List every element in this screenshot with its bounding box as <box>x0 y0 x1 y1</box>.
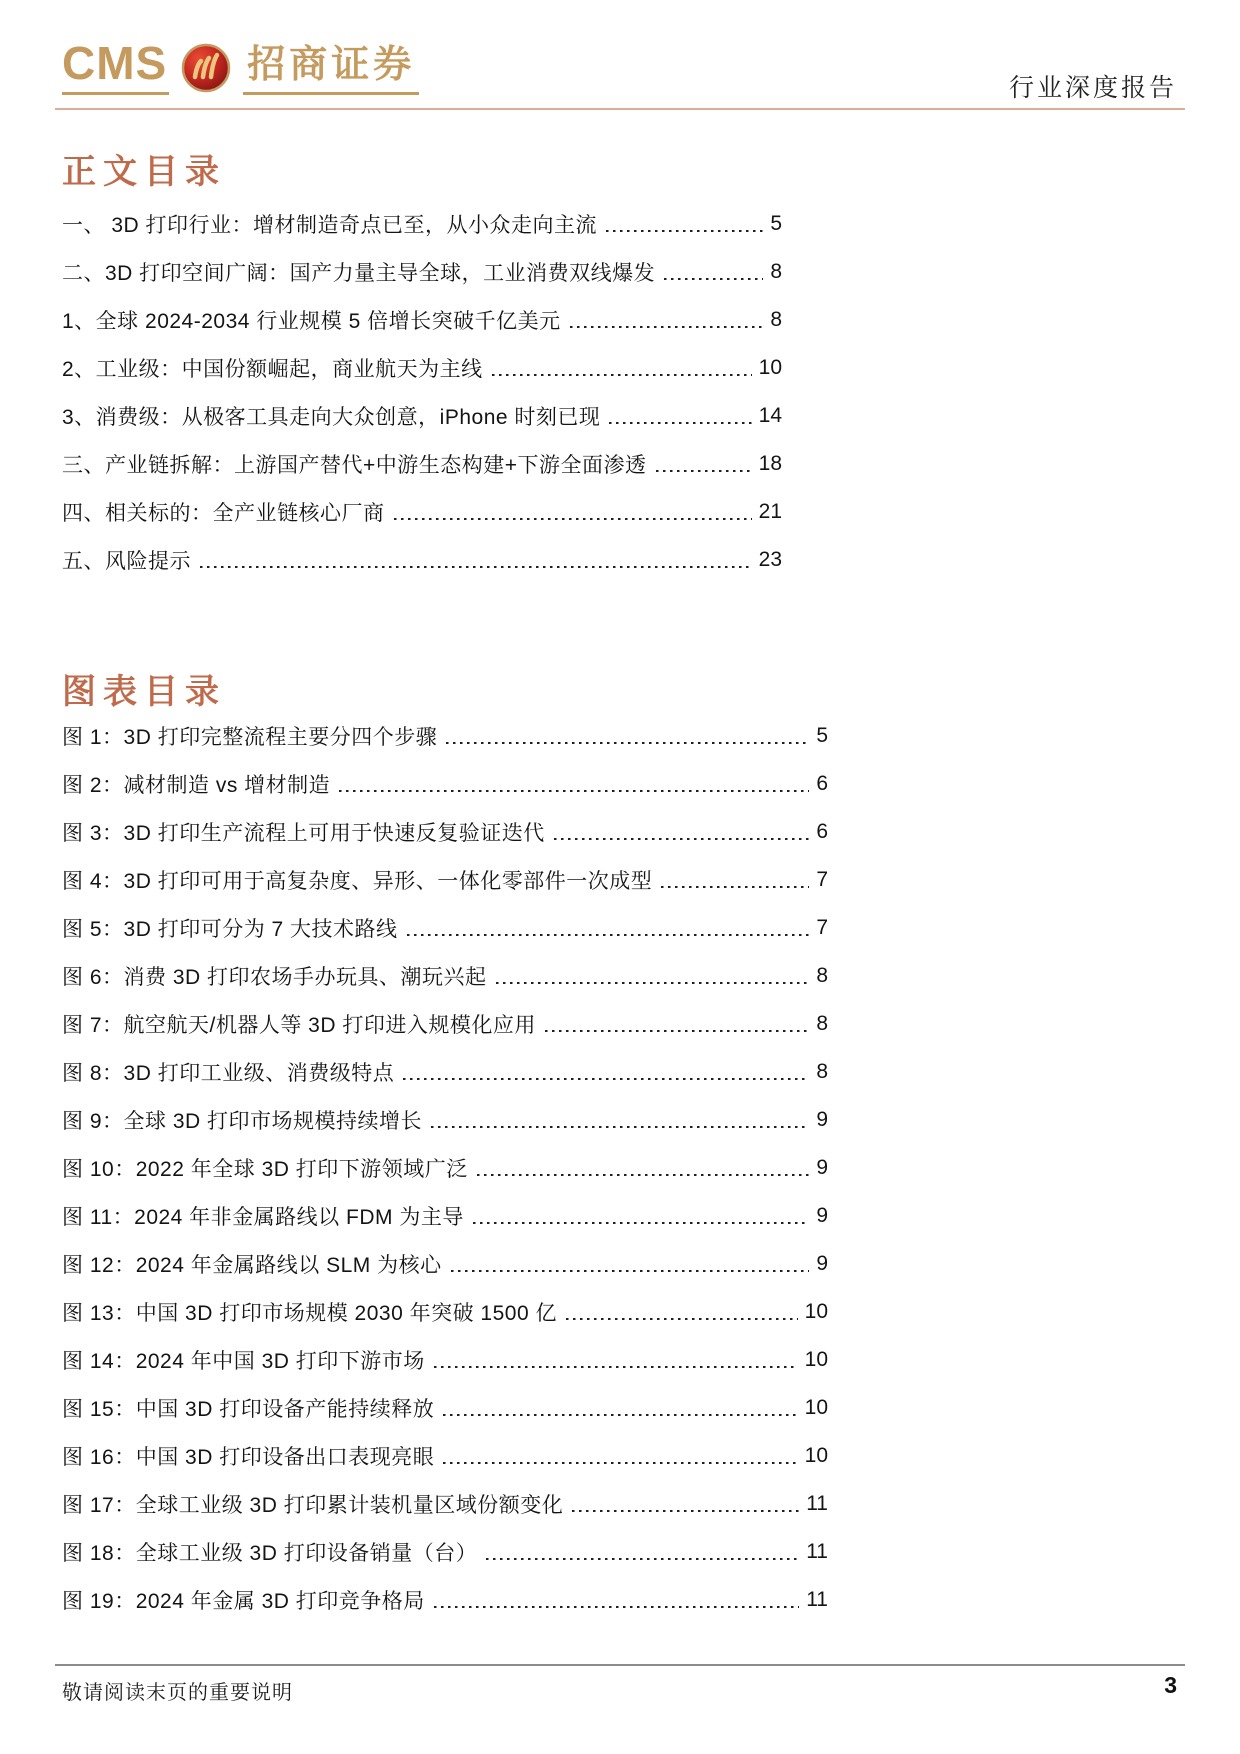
toc-main-list: 一、 3D 打印行业：增材制造奇点已至，从小众走向主流 5 二、3D 打印空间广… <box>62 200 782 584</box>
dot-leader <box>339 790 809 793</box>
toc-page-number: 9 <box>816 1156 828 1180</box>
toc-page-number: 18 <box>759 452 782 476</box>
toc-page-number: 23 <box>759 548 782 572</box>
dot-leader <box>200 566 752 569</box>
toc-entry-label: 五、风险提示 <box>62 545 191 575</box>
toc-entry[interactable]: 二、3D 打印空间广阔：国产力量主导全球，工业消费双线爆发 8 <box>62 248 782 296</box>
dot-leader <box>394 518 752 521</box>
toc-main-title: 正文目录 <box>62 154 226 191</box>
toc-entry[interactable]: 3、消费级：从极客工具走向大众创意，iPhone 时刻已现 14 <box>62 392 782 440</box>
toc-page-number: 9 <box>816 1252 828 1276</box>
toc-page-number: 8 <box>816 1012 828 1036</box>
toc-figures-title: 图表目录 <box>62 674 226 711</box>
toc-entry-label: 图 6：消费 3D 打印农场手办玩具、潮玩兴起 <box>62 961 487 991</box>
toc-entry-label: 四、相关标的：全产业链核心厂商 <box>62 497 385 527</box>
toc-entry[interactable]: 图 19：2024 年金属 3D 打印竞争格局 11 <box>62 1576 828 1624</box>
toc-entry[interactable]: 图 17：全球工业级 3D 打印累计装机量区域份额变化 11 <box>62 1480 828 1528</box>
toc-entry[interactable]: 2、工业级：中国份额崛起，商业航天为主线 10 <box>62 344 782 392</box>
toc-entry-label: 图 2：减材制造 vs 增材制造 <box>62 769 330 799</box>
dot-leader <box>554 838 810 841</box>
toc-entry-label: 图 11：2024 年非金属路线以 FDM 为主导 <box>62 1201 464 1231</box>
dot-leader <box>434 1366 798 1369</box>
toc-entry[interactable]: 五、风险提示 23 <box>62 536 782 584</box>
footer-disclaimer: 敬请阅读末页的重要说明 <box>62 1676 293 1705</box>
toc-page-number: 6 <box>816 772 828 796</box>
report-page: CMS 招商证券 行业深度报告 正文目 <box>0 0 1240 1754</box>
dot-leader <box>609 422 751 425</box>
toc-entry-label: 图 18：全球工业级 3D 打印设备销量（台） <box>62 1537 477 1567</box>
toc-entry[interactable]: 图 4：3D 打印可用于高复杂度、异形、一体化零部件一次成型 7 <box>62 856 828 904</box>
toc-entry[interactable]: 图 6：消费 3D 打印农场手办玩具、潮玩兴起 8 <box>62 952 828 1000</box>
toc-page-number: 10 <box>805 1444 828 1468</box>
toc-entry-label: 图 4：3D 打印可用于高复杂度、异形、一体化零部件一次成型 <box>62 865 652 895</box>
dot-leader <box>443 1462 797 1465</box>
toc-page-number: 7 <box>816 868 828 892</box>
toc-entry-label: 图 19：2024 年金属 3D 打印竞争格局 <box>62 1585 425 1615</box>
toc-entry[interactable]: 图 9：全球 3D 打印市场规模持续增长 9 <box>62 1096 828 1144</box>
toc-entry[interactable]: 图 3：3D 打印生产流程上可用于快速反复验证迭代 6 <box>62 808 828 856</box>
dot-leader <box>451 1270 810 1273</box>
dot-leader <box>486 1558 799 1561</box>
dot-leader <box>570 326 764 329</box>
toc-page-number: 10 <box>805 1300 828 1324</box>
dot-leader <box>431 1126 809 1129</box>
toc-entry[interactable]: 图 16：中国 3D 打印设备出口表现亮眼 10 <box>62 1432 828 1480</box>
dot-leader <box>572 1510 799 1513</box>
dot-leader <box>661 886 809 889</box>
dot-leader <box>477 1174 810 1177</box>
toc-entry-label: 3、消费级：从极客工具走向大众创意，iPhone 时刻已现 <box>62 401 600 431</box>
toc-entry[interactable]: 一、 3D 打印行业：增材制造奇点已至，从小众走向主流 5 <box>62 200 782 248</box>
dot-leader <box>664 278 763 281</box>
toc-entry-label: 图 10：2022 年全球 3D 打印下游领域广泛 <box>62 1153 468 1183</box>
toc-page-number: 9 <box>816 1108 828 1132</box>
cms-logo: CMS 招商证券 <box>62 40 419 95</box>
toc-entry-label: 图 8：3D 打印工业级、消费级特点 <box>62 1057 394 1087</box>
dot-leader <box>496 982 810 985</box>
toc-entry-label: 图 9：全球 3D 打印市场规模持续增长 <box>62 1105 422 1135</box>
toc-entry[interactable]: 图 12：2024 年金属路线以 SLM 为核心 9 <box>62 1240 828 1288</box>
toc-entry-label: 二、3D 打印空间广阔：国产力量主导全球，工业消费双线爆发 <box>62 257 655 287</box>
footer-divider <box>55 1664 1185 1666</box>
header-divider <box>55 108 1185 110</box>
toc-entry[interactable]: 图 7：航空航天/机器人等 3D 打印进入规模化应用 8 <box>62 1000 828 1048</box>
toc-entry[interactable]: 图 2：减材制造 vs 增材制造 6 <box>62 760 828 808</box>
report-type-label: 行业深度报告 <box>1009 68 1177 104</box>
toc-page-number: 8 <box>816 1060 828 1084</box>
toc-page-number: 8 <box>770 260 782 284</box>
dot-leader <box>443 1414 797 1417</box>
dot-leader <box>656 470 752 473</box>
toc-entry[interactable]: 图 11：2024 年非金属路线以 FDM 为主导 9 <box>62 1192 828 1240</box>
toc-entry-label: 一、 3D 打印行业：增材制造奇点已至，从小众走向主流 <box>62 209 597 239</box>
toc-entry[interactable]: 1、全球 2024-2034 行业规模 5 倍增长突破千亿美元 8 <box>62 296 782 344</box>
toc-page-number: 5 <box>770 212 782 236</box>
toc-entry-label: 图 14：2024 年中国 3D 打印下游市场 <box>62 1345 425 1375</box>
dot-leader <box>606 230 763 233</box>
toc-entry-label: 图 5：3D 打印可分为 7 大技术路线 <box>62 913 398 943</box>
toc-entry[interactable]: 四、相关标的：全产业链核心厂商 21 <box>62 488 782 536</box>
toc-entry[interactable]: 三、产业链拆解：上游国产替代+中游生态构建+下游全面渗透 18 <box>62 440 782 488</box>
dot-leader <box>407 934 810 937</box>
toc-page-number: 14 <box>759 404 782 428</box>
dot-leader <box>566 1318 798 1321</box>
cms-m-icon <box>181 43 231 93</box>
dot-leader <box>403 1078 809 1081</box>
toc-entry-label: 图 16：中国 3D 打印设备出口表现亮眼 <box>62 1441 434 1471</box>
toc-page-number: 5 <box>816 724 828 748</box>
toc-page-number: 8 <box>770 308 782 332</box>
toc-page-number: 21 <box>759 500 782 524</box>
dot-leader <box>492 374 752 377</box>
toc-entry[interactable]: 图 18：全球工业级 3D 打印设备销量（台） 11 <box>62 1528 828 1576</box>
toc-page-number: 7 <box>816 916 828 940</box>
dot-leader <box>545 1030 809 1033</box>
dot-leader <box>446 742 809 745</box>
toc-entry-label: 图 12：2024 年金属路线以 SLM 为核心 <box>62 1249 442 1279</box>
cms-logo-chinese: 招商证券 <box>243 46 419 95</box>
toc-page-number: 10 <box>805 1396 828 1420</box>
toc-entry[interactable]: 图 13：中国 3D 打印市场规模 2030 年突破 1500 亿 10 <box>62 1288 828 1336</box>
dot-leader <box>434 1606 799 1609</box>
toc-entry[interactable]: 图 14：2024 年中国 3D 打印下游市场 10 <box>62 1336 828 1384</box>
toc-entry-label: 图 13：中国 3D 打印市场规模 2030 年突破 1500 亿 <box>62 1297 557 1327</box>
toc-page-number: 8 <box>816 964 828 988</box>
toc-entry[interactable]: 图 10：2022 年全球 3D 打印下游领域广泛 9 <box>62 1144 828 1192</box>
toc-entry-label: 图 17：全球工业级 3D 打印累计装机量区域份额变化 <box>62 1489 563 1519</box>
toc-entry-label: 图 3：3D 打印生产流程上可用于快速反复验证迭代 <box>62 817 545 847</box>
toc-entry[interactable]: 图 15：中国 3D 打印设备产能持续释放 10 <box>62 1384 828 1432</box>
footer-page-number: 3 <box>1164 1672 1177 1699</box>
toc-page-number: 11 <box>806 1492 828 1516</box>
dot-leader <box>473 1222 809 1225</box>
toc-entry[interactable]: 图 5：3D 打印可分为 7 大技术路线 7 <box>62 904 828 952</box>
toc-page-number: 10 <box>805 1348 828 1372</box>
toc-page-number: 11 <box>806 1588 828 1612</box>
toc-figures-list: 图 1：3D 打印完整流程主要分四个步骤 5 图 2：减材制造 vs 增材制造 … <box>62 712 828 1624</box>
toc-entry[interactable]: 图 1：3D 打印完整流程主要分四个步骤 5 <box>62 712 828 760</box>
toc-entry[interactable]: 图 8：3D 打印工业级、消费级特点 8 <box>62 1048 828 1096</box>
toc-entry-label: 图 7：航空航天/机器人等 3D 打印进入规模化应用 <box>62 1009 536 1039</box>
toc-entry-label: 图 15：中国 3D 打印设备产能持续释放 <box>62 1393 434 1423</box>
toc-entry-label: 三、产业链拆解：上游国产替代+中游生态构建+下游全面渗透 <box>62 449 647 479</box>
toc-page-number: 9 <box>816 1204 828 1228</box>
toc-page-number: 6 <box>816 820 828 844</box>
toc-page-number: 11 <box>806 1540 828 1564</box>
cms-logo-text: CMS <box>62 40 169 95</box>
toc-entry-label: 1、全球 2024-2034 行业规模 5 倍增长突破千亿美元 <box>62 305 561 335</box>
toc-entry-label: 2、工业级：中国份额崛起，商业航天为主线 <box>62 353 483 383</box>
toc-entry-label: 图 1：3D 打印完整流程主要分四个步骤 <box>62 721 437 751</box>
toc-page-number: 10 <box>759 356 782 380</box>
